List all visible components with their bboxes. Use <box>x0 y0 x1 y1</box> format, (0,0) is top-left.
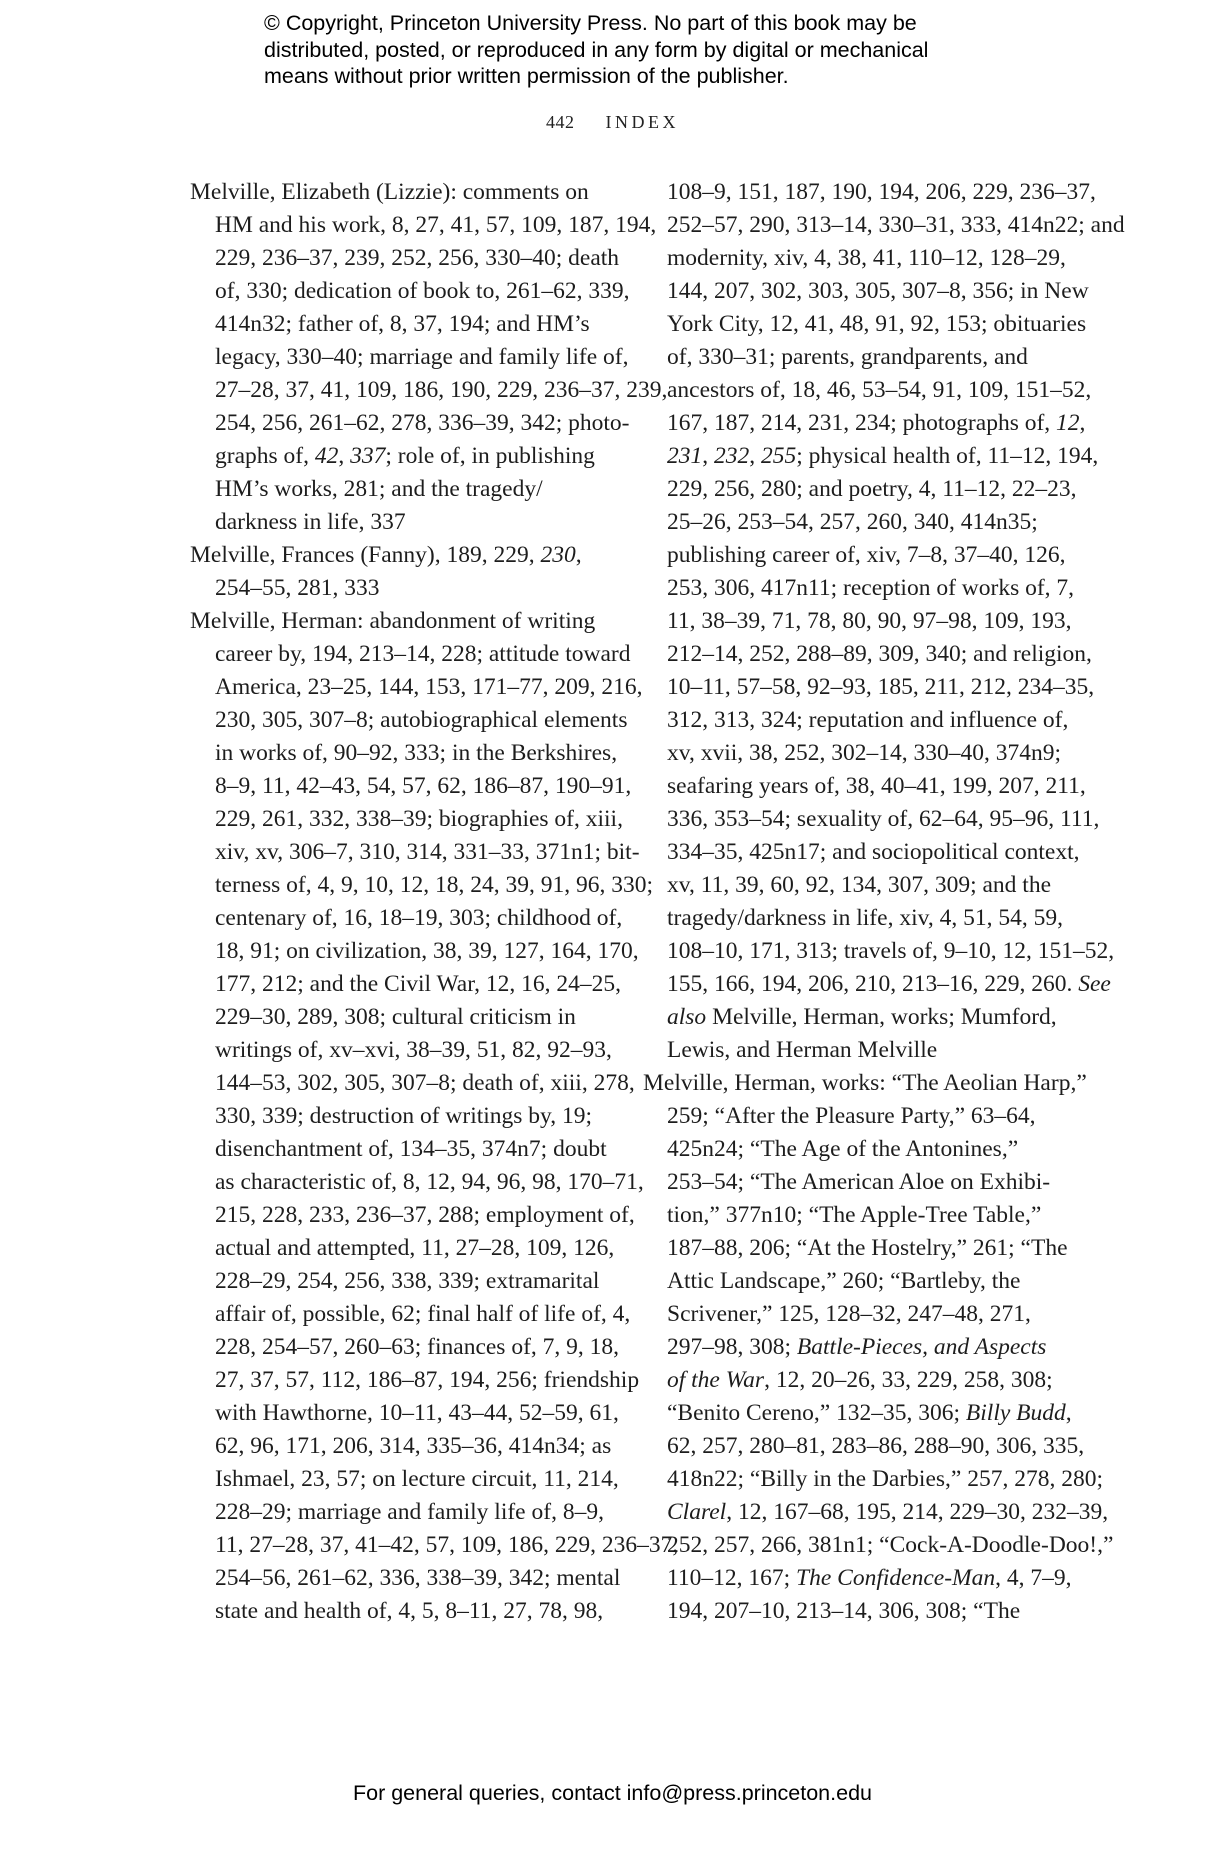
index-line: of, 330–31; parents, grandparents, and <box>643 341 1063 374</box>
index-line-with-italics: 297–98, 308; Battle-Pieces, and Aspects <box>643 1331 1063 1364</box>
index-line: 11, 27–28, 37, 41–42, 57, 109, 186, 229,… <box>190 1529 610 1562</box>
index-line: 25–26, 253–54, 257, 260, 340, 414n35; <box>643 506 1063 539</box>
index-line: 254–55, 281, 333 <box>190 572 610 605</box>
index-line: 215, 228, 233, 236–37, 288; employment o… <box>190 1199 610 1232</box>
index-line-with-italics: Clarel, 12, 167–68, 195, 214, 229–30, 23… <box>643 1496 1063 1529</box>
index-line: 334–35, 425n17; and sociopolitical conte… <box>643 836 1063 869</box>
section-title: INDEX <box>606 112 680 132</box>
index-line: modernity, xiv, 4, 38, 41, 110–12, 128–2… <box>643 242 1063 275</box>
index-entry-heading: Melville, Herman, works: “The Aeolian Ha… <box>643 1067 1063 1100</box>
index-line: York City, 12, 41, 48, 91, 92, 153; obit… <box>643 308 1063 341</box>
contact-footer: For general queries, contact info@press.… <box>0 1781 1225 1806</box>
index-line: 108–10, 171, 313; travels of, 9–10, 12, … <box>643 935 1063 968</box>
index-line: Attic Landscape,” 260; “Bartleby, the <box>643 1265 1063 1298</box>
index-line: publishing career of, xiv, 7–8, 37–40, 1… <box>643 539 1063 572</box>
copyright-line: © Copyright, Princeton University Press.… <box>264 10 1024 37</box>
index-line: terness of, 4, 9, 10, 12, 18, 24, 39, 91… <box>190 869 610 902</box>
running-head: 442 INDEX <box>0 112 1225 133</box>
index-line: Lewis, and Herman Melville <box>643 1034 1063 1067</box>
index-line: with Hawthorne, 10–11, 43–44, 52–59, 61, <box>190 1397 610 1430</box>
index-line: 10–11, 57–58, 92–93, 185, 211, 212, 234–… <box>643 671 1063 704</box>
index-line-with-italics: 231, 232, 255; physical health of, 11–12… <box>643 440 1063 473</box>
index-line: in works of, 90–92, 333; in the Berkshir… <box>190 737 610 770</box>
index-line-with-italics: 110–12, 167; The Confidence-Man, 4, 7–9, <box>643 1562 1063 1595</box>
index-line: career by, 194, 213–14, 228; attitude to… <box>190 638 610 671</box>
index-line: as characteristic of, 8, 12, 94, 96, 98,… <box>190 1166 610 1199</box>
index-line: actual and attempted, 11, 27–28, 109, 12… <box>190 1232 610 1265</box>
see-also-line: also Melville, Herman, works; Mumford, <box>643 1001 1063 1034</box>
index-line: 229, 236–37, 239, 252, 256, 330–40; deat… <box>190 242 610 275</box>
index-line: 62, 96, 171, 206, 314, 335–36, 414n34; a… <box>190 1430 610 1463</box>
copyright-line: means without prior written permission o… <box>264 63 1024 90</box>
index-line: tion,” 377n10; “The Apple-Tree Table,” <box>643 1199 1063 1232</box>
index-line: 425n24; “The Age of the Antonines,” <box>643 1133 1063 1166</box>
index-line: 230, 305, 307–8; autobiographical elemen… <box>190 704 610 737</box>
index-line: darkness in life, 337 <box>190 506 610 539</box>
index-line: ancestors of, 18, 46, 53–54, 91, 109, 15… <box>643 374 1063 407</box>
index-line: legacy, 330–40; marriage and family life… <box>190 341 610 374</box>
index-line: Scrivener,” 125, 128–32, 247–48, 271, <box>643 1298 1063 1331</box>
index-line: Ishmael, 23, 57; on lecture circuit, 11,… <box>190 1463 610 1496</box>
index-line: 108–9, 151, 187, 190, 194, 206, 229, 236… <box>643 176 1063 209</box>
index-entry-heading: Melville, Frances (Fanny), 189, 229, 230… <box>190 539 610 572</box>
index-line: 252, 257, 266, 381n1; “Cock-A-Doodle-Doo… <box>643 1529 1063 1562</box>
page-number: 442 <box>546 112 575 132</box>
index-line: 330, 339; destruction of writings by, 19… <box>190 1100 610 1133</box>
index-line: 312, 313, 324; reputation and influence … <box>643 704 1063 737</box>
index-line-with-italics: 167, 187, 214, 231, 234; photographs of,… <box>643 407 1063 440</box>
index-line: 336, 353–54; sexuality of, 62–64, 95–96,… <box>643 803 1063 836</box>
index-line: of, 330; dedication of book to, 261–62, … <box>190 275 610 308</box>
index-line: tragedy/darkness in life, xiv, 4, 51, 54… <box>643 902 1063 935</box>
index-line: 254, 256, 261–62, 278, 336–39, 342; phot… <box>190 407 610 440</box>
index-line-with-italics: of the War, 12, 20–26, 33, 229, 258, 308… <box>643 1364 1063 1397</box>
index-line: 62, 257, 280–81, 283–86, 288–90, 306, 33… <box>643 1430 1063 1463</box>
index-entry-heading: Melville, Elizabeth (Lizzie): comments o… <box>190 176 610 209</box>
index-line: 187–88, 206; “At the Hostelry,” 261; “Th… <box>643 1232 1063 1265</box>
index-line: xv, 11, 39, 60, 92, 134, 307, 309; and t… <box>643 869 1063 902</box>
index-line: centenary of, 16, 18–19, 303; childhood … <box>190 902 610 935</box>
index-line: 27, 37, 57, 112, 186–87, 194, 256; frien… <box>190 1364 610 1397</box>
index-line: America, 23–25, 144, 153, 171–77, 209, 2… <box>190 671 610 704</box>
index-column-left: Melville, Elizabeth (Lizzie): comments o… <box>190 176 610 1628</box>
index-line: HM’s works, 281; and the tragedy/ <box>190 473 610 506</box>
index-line: 253–54; “The American Aloe on Exhibi- <box>643 1166 1063 1199</box>
see-also-line: 155, 166, 194, 206, 210, 213–16, 229, 26… <box>643 968 1063 1001</box>
index-column-right: 108–9, 151, 187, 190, 194, 206, 229, 236… <box>643 176 1063 1628</box>
index-line: 144, 207, 302, 303, 305, 307–8, 356; in … <box>643 275 1063 308</box>
copyright-line: distributed, posted, or reproduced in an… <box>264 37 1024 64</box>
index-line-with-italics: graphs of, 42, 337; role of, in publishi… <box>190 440 610 473</box>
index-line: 418n22; “Billy in the Darbies,” 257, 278… <box>643 1463 1063 1496</box>
index-line: 228, 254–57, 260–63; finances of, 7, 9, … <box>190 1331 610 1364</box>
index-line: HM and his work, 8, 27, 41, 57, 109, 187… <box>190 209 610 242</box>
index-line: 259; “After the Pleasure Party,” 63–64, <box>643 1100 1063 1133</box>
index-line: 194, 207–10, 213–14, 306, 308; “The <box>643 1595 1063 1628</box>
index-line: 144–53, 302, 305, 307–8; death of, xiii,… <box>190 1067 610 1100</box>
index-line: 414n32; father of, 8, 37, 194; and HM’s <box>190 308 610 341</box>
index-line: 229–30, 289, 308; cultural criticism in <box>190 1001 610 1034</box>
index-line: 254–56, 261–62, 336, 338–39, 342; mental <box>190 1562 610 1595</box>
index-line: xiv, xv, 306–7, 310, 314, 331–33, 371n1;… <box>190 836 610 869</box>
index-line: 177, 212; and the Civil War, 12, 16, 24–… <box>190 968 610 1001</box>
index-line: 229, 261, 332, 338–39; biographies of, x… <box>190 803 610 836</box>
index-line: 229, 256, 280; and poetry, 4, 11–12, 22–… <box>643 473 1063 506</box>
index-line: 212–14, 252, 288–89, 309, 340; and relig… <box>643 638 1063 671</box>
index-line: 228–29; marriage and family life of, 8–9… <box>190 1496 610 1529</box>
index-line: disenchantment of, 134–35, 374n7; doubt <box>190 1133 610 1166</box>
index-line-with-italics: “Benito Cereno,” 132–35, 306; Billy Budd… <box>643 1397 1063 1430</box>
copyright-notice: © Copyright, Princeton University Press.… <box>264 10 1024 90</box>
index-line: affair of, possible, 62; final half of l… <box>190 1298 610 1331</box>
index-line: 253, 306, 417n11; reception of works of,… <box>643 572 1063 605</box>
index-line: state and health of, 4, 5, 8–11, 27, 78,… <box>190 1595 610 1628</box>
index-line: 27–28, 37, 41, 109, 186, 190, 229, 236–3… <box>190 374 610 407</box>
index-line: 228–29, 254, 256, 338, 339; extramarital <box>190 1265 610 1298</box>
index-line: 18, 91; on civilization, 38, 39, 127, 16… <box>190 935 610 968</box>
index-line: writings of, xv–xvi, 38–39, 51, 82, 92–9… <box>190 1034 610 1067</box>
index-line: xv, xvii, 38, 252, 302–14, 330–40, 374n9… <box>643 737 1063 770</box>
index-line: seafaring years of, 38, 40–41, 199, 207,… <box>643 770 1063 803</box>
index-line: 252–57, 290, 313–14, 330–31, 333, 414n22… <box>643 209 1063 242</box>
index-line: 8–9, 11, 42–43, 54, 57, 62, 186–87, 190–… <box>190 770 610 803</box>
index-entry-heading: Melville, Herman: abandonment of writing <box>190 605 610 638</box>
index-line: 11, 38–39, 71, 78, 80, 90, 97–98, 109, 1… <box>643 605 1063 638</box>
